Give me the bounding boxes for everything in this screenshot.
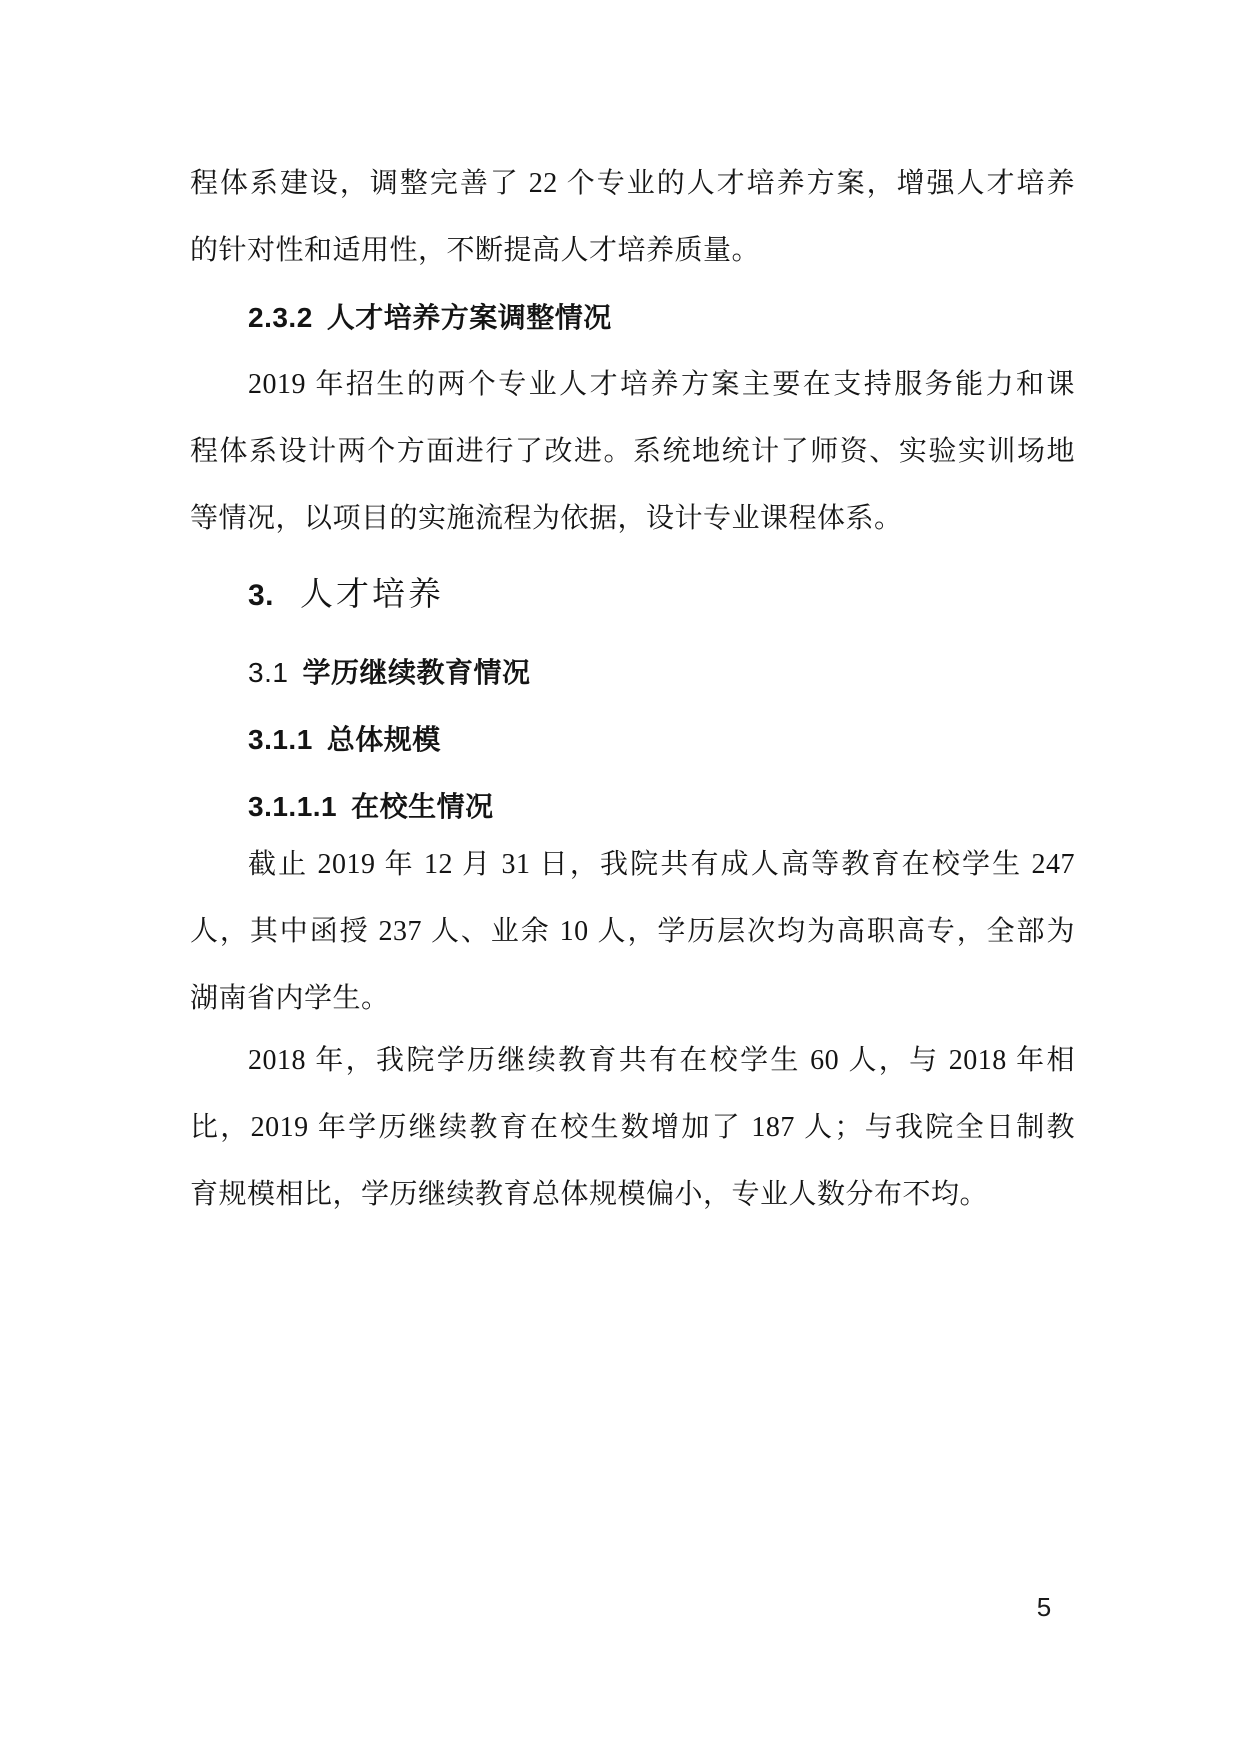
document-page: 程体系建设，调整完善了 22 个专业的人才培养方案，增强人才培养 的针对性和适用… [0,0,1240,1754]
body-line: 湖南省内学生。 [190,965,1075,1032]
heading-number: 3. [248,579,274,612]
heading-3-1-1: 3.1.1总体规模 [190,706,1075,773]
body-line: 2018 年，我院学历继续教育共有在校学生 60 人，与 2018 年相 [190,1027,1075,1094]
heading-3: 3.人才培养 [190,562,1075,629]
heading-number: 3.1.1 [248,724,313,755]
heading-label: 在校生情况 [351,792,494,823]
body-line: 比，2019 年学历继续教育在校生数增加了 187 人；与我院全日制教 [190,1094,1075,1161]
heading-2-3-2: 2.3.2人才培养方案调整情况 [190,284,1075,351]
heading-number: 3.1 [248,657,288,688]
body-line: 育规模相比，学历继续教育总体规模偏小，专业人数分布不均。 [190,1161,1075,1228]
heading-3-1-1-1: 3.1.1.1在校生情况 [190,773,1075,840]
body-line: 人，其中函授 237 人、业余 10 人，学历层次均为高职高专，全部为 [190,898,1075,965]
body-line: 程体系设计两个方面进行了改进。系统地统计了师资、实验实训场地 [190,418,1075,485]
body-line: 的针对性和适用性，不断提高人才培养质量。 [190,217,1075,284]
heading-3-1: 3.1学历继续教育情况 [190,639,1075,706]
body-line: 截止 2019 年 12 月 31 日，我院共有成人高等教育在校学生 247 [190,831,1075,898]
heading-label: 总体规模 [327,725,441,756]
body-line: 程体系建设，调整完善了 22 个专业的人才培养方案，增强人才培养 [190,150,1075,217]
body-line: 2019 年招生的两个专业人才培养方案主要在支持服务能力和课 [190,351,1075,418]
body-line: 等情况，以项目的实施流程为依据，设计专业课程体系。 [190,485,1075,552]
heading-number: 3.1.1.1 [248,791,337,822]
heading-label: 人才培养方案调整情况 [327,303,612,334]
heading-number: 2.3.2 [248,302,313,333]
heading-label: 学历继续教育情况 [302,658,530,689]
document-body: 程体系建设，调整完善了 22 个专业的人才培养方案，增强人才培养 的针对性和适用… [190,150,1075,1228]
page-number: 5 [1022,1592,1066,1622]
heading-label: 人才培养 [300,577,444,613]
